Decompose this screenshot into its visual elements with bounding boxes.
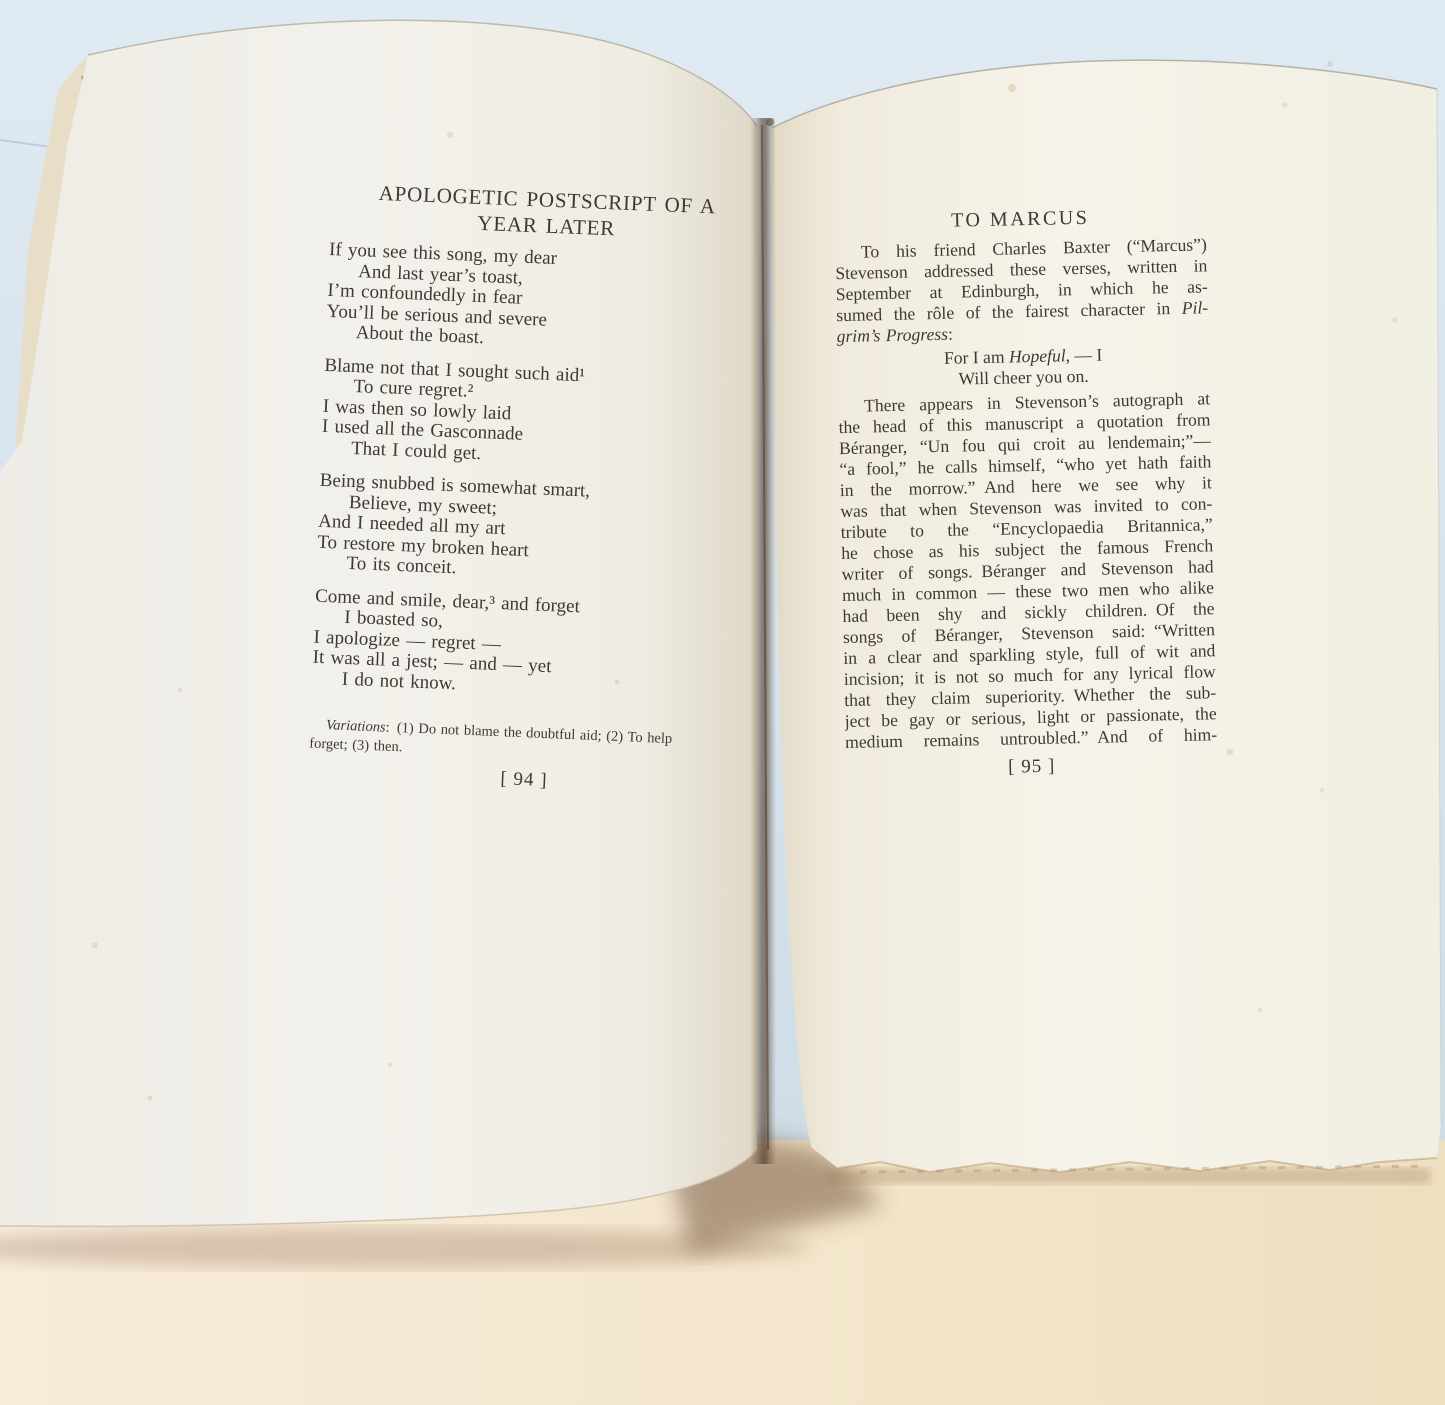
verse-quote: For I am Hopeful, — IWill cheer you on. [837, 342, 1210, 392]
left-page-text: APOLOGETIC POSTSCRIPT OF A YEAR LATER If… [308, 178, 764, 800]
book-photo: APOLOGETIC POSTSCRIPT OF A YEAR LATER If… [0, 0, 1445, 1405]
commentary-paragraph: There appears in Stevenson’s autograph a… [838, 388, 1217, 753]
gutter-notch [766, 118, 774, 126]
intro-paragraph: To his friend Charles Baxter (“Marcus”)S… [835, 234, 1209, 347]
poem: If you see this song, my dearAnd last ye… [311, 240, 761, 706]
right-page-text: TO MARCUS To his friend Charles Baxter (… [834, 204, 1218, 782]
